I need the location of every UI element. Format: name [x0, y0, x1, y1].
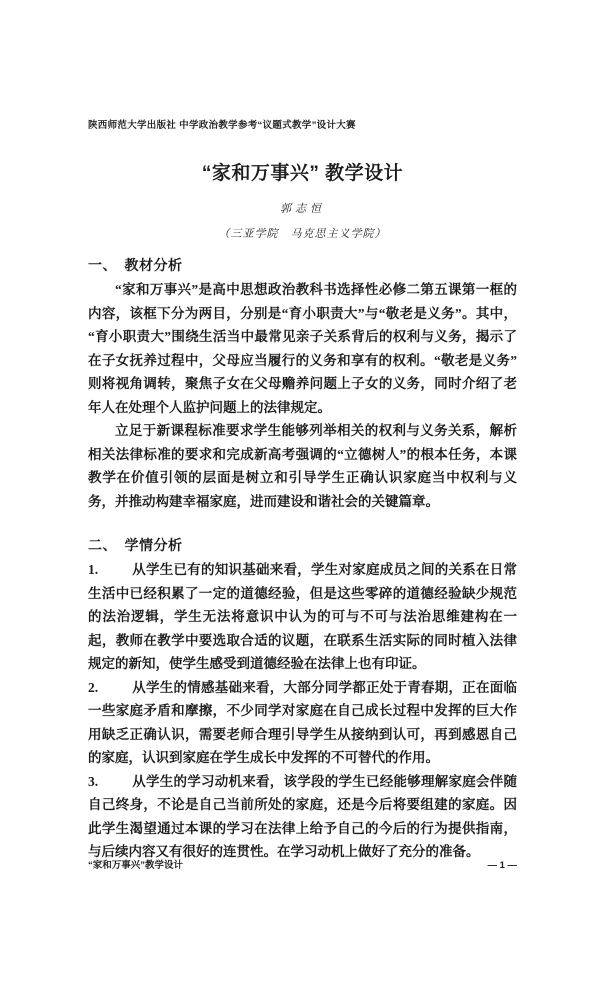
page-footer: “家和万事兴”教学设计 — 1 — [88, 857, 517, 871]
body-paragraph: 立足于新课程标准要求学生能够列举相关的权利与义务关系，解析相关法律标准的要求和完… [88, 419, 517, 513]
contest-header: 陕西师范大学出版社 中学政治教学参考“议题式教学”设计大赛 [88, 117, 517, 131]
numbered-item: 3.从学生的学习动机来看，该学段的学生已经能够理解家庭会伴随自己终身，不论是自己… [88, 770, 517, 864]
item-text: 从学生的情感基础来看，大部分同学都正处于青春期，正在面临一些家庭矛盾和摩擦，不少… [88, 680, 517, 766]
section-textbook-analysis: 一、 教材分析 “家和万事兴”是高中思想政治教科书选择性必修二第五课第一框的内容… [88, 255, 517, 513]
item-number: 2. [88, 676, 132, 700]
numbered-item: 1.从学生已有的知识基础来看，学生对家庭成员之间的关系在日常生活中已经积累了一定… [88, 558, 517, 676]
footer-document-title: “家和万事兴”教学设计 [88, 857, 183, 871]
numbered-item: 2.从学生的情感基础来看，大部分同学都正处于青春期，正在面临一些家庭矛盾和摩擦，… [88, 676, 517, 770]
body-paragraph: “家和万事兴”是高中思想政治教科书选择性必修二第五课第一框的内容，该框下分为两目… [88, 278, 517, 419]
item-number: 1. [88, 558, 132, 582]
section-learner-analysis: 二、 学情分析 1.从学生已有的知识基础来看，学生对家庭成员之间的关系在日常生活… [88, 535, 517, 864]
document-page: 陕西师范大学出版社 中学政治教学参考“议题式教学”设计大赛 “家和万事兴” 教学… [0, 0, 599, 993]
item-number: 3. [88, 770, 132, 794]
page-number: — 1 — [487, 860, 517, 871]
section-heading-textbook-analysis: 一、 教材分析 [88, 255, 517, 275]
document-title: “家和万事兴” 教学设计 [88, 158, 517, 185]
author-name: 郭志恒 [88, 200, 517, 216]
section-heading-learner-analysis: 二、 学情分析 [88, 535, 517, 555]
item-text: 从学生的学习动机来看，该学段的学生已经能够理解家庭会伴随自己终身，不论是自己当前… [88, 774, 517, 860]
author-affiliation: （三亚学院 马克思主义学院） [88, 225, 517, 241]
item-text: 从学生已有的知识基础来看，学生对家庭成员之间的关系在日常生活中已经积累了一定的道… [88, 562, 517, 671]
